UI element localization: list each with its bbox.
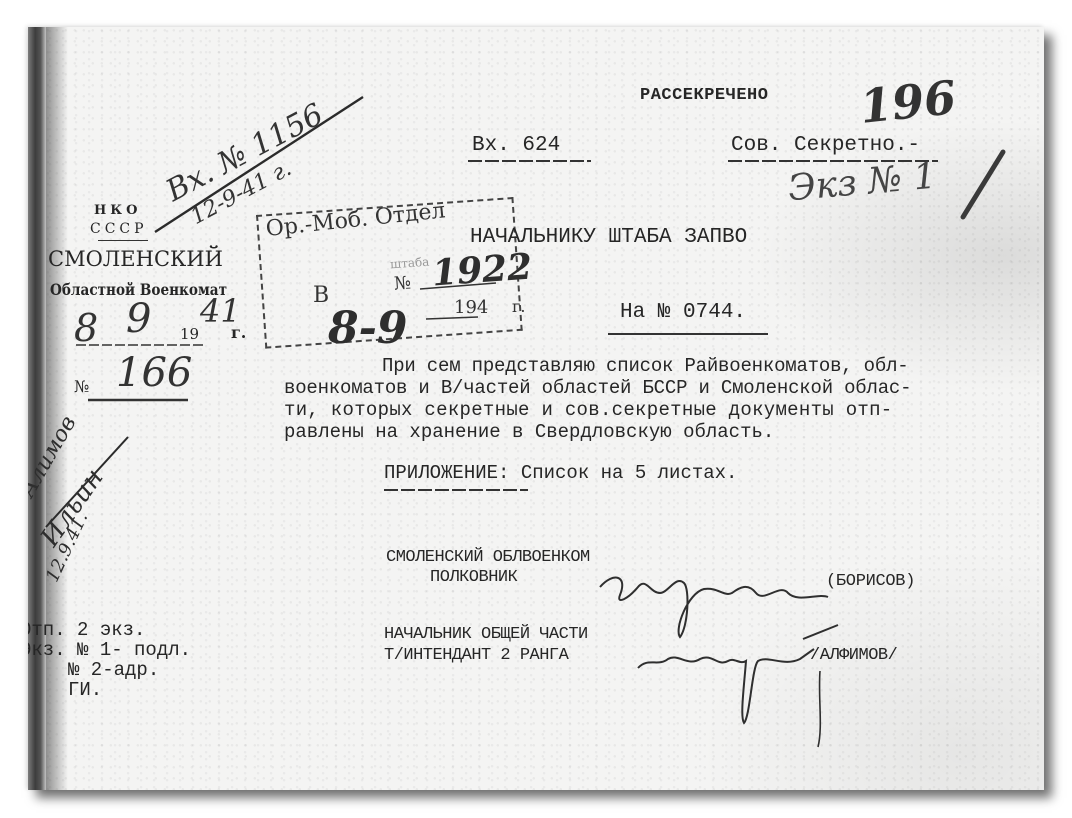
body-line-4: равлены на хранение в Свердловскую облас… xyxy=(284,423,774,442)
sender-date-month: 9 xyxy=(126,299,151,339)
classification-label: Сов. Секретно.- xyxy=(731,135,920,156)
handwritten-copy-note: Экз № 1 xyxy=(787,159,938,208)
sender-number: 166 xyxy=(116,353,192,393)
incoming-number-underline xyxy=(468,160,591,162)
distribution-line-3: № 2-адр. xyxy=(68,661,159,680)
addressee: НАЧАЛЬНИКУ ШТАБА ЗАПВО xyxy=(470,227,747,248)
body-line-3: ти, которых секретные и сов.секретные до… xyxy=(284,401,893,420)
signature-2-name: /АЛФИМОВ/ xyxy=(810,647,897,664)
viewer-stage: РАССЕКРЕЧЕНО 196 Вх. 624 Сов. Секретно.-… xyxy=(0,0,1072,818)
body-line-2: военкоматов и В/частей областей БССР и С… xyxy=(284,379,911,398)
sender-smolensky: СМОЛЕНСКИЙ xyxy=(48,249,223,270)
stamp-number: 1922 xyxy=(431,249,533,292)
signature-1-title: СМОЛЕНСКИЙ ОБЛВОЕНКОМ xyxy=(386,549,590,566)
stamp-date-prefix: В xyxy=(313,285,329,307)
handwritten-sheet-number: 196 xyxy=(858,74,958,130)
distribution-line-4: ГИ. xyxy=(68,681,102,700)
signature-2-title: НАЧАЛЬНИК ОБЩЕЙ ЧАСТИ xyxy=(384,626,588,643)
signature-2-rank: Т/ИНТЕНДАНТ 2 РАНГА xyxy=(384,647,568,664)
signature-1-name: (БОРИСОВ) xyxy=(826,573,915,590)
distribution-line-2: Экз. № 1- подл. xyxy=(28,641,191,660)
stamp-year-suffix: г. xyxy=(512,299,525,315)
binding-edge xyxy=(28,27,46,790)
attachment-underline xyxy=(384,489,528,491)
signature-1-rank: ПОЛКОВНИК xyxy=(430,569,517,586)
attachment-line: ПРИЛОЖЕНИЕ: Список на 5 листах. xyxy=(384,464,737,483)
sender-nko: НКО xyxy=(94,204,141,217)
sender-date-year-prefix: 19 xyxy=(180,327,199,342)
sender-year-suffix: г. xyxy=(231,325,246,341)
reference-underline xyxy=(608,333,768,335)
declassified-stamp: РАССЕКРЕЧЕНО xyxy=(640,87,768,104)
sender-ussr: СССР xyxy=(90,222,148,236)
stamp-year: 194 xyxy=(454,299,488,317)
stamp-number-label: № xyxy=(393,274,411,293)
document-page: РАССЕКРЕЧЕНО 196 Вх. 624 Сов. Секретно.-… xyxy=(28,27,1044,790)
sender-divider xyxy=(98,240,148,241)
distribution-line-1: Отп. 2 экз. xyxy=(28,621,145,640)
reference-number: На № 0744. xyxy=(620,302,746,323)
incoming-number: Вх. 624 xyxy=(472,135,560,156)
sender-number-label: № xyxy=(74,379,89,395)
body-line-1: При сем представляю список Райвоенкомато… xyxy=(382,357,909,376)
stamp-date: 8-9 xyxy=(328,307,408,351)
sender-date-day: 8 xyxy=(74,309,98,347)
stamp-subtitle: штаба xyxy=(390,256,430,271)
